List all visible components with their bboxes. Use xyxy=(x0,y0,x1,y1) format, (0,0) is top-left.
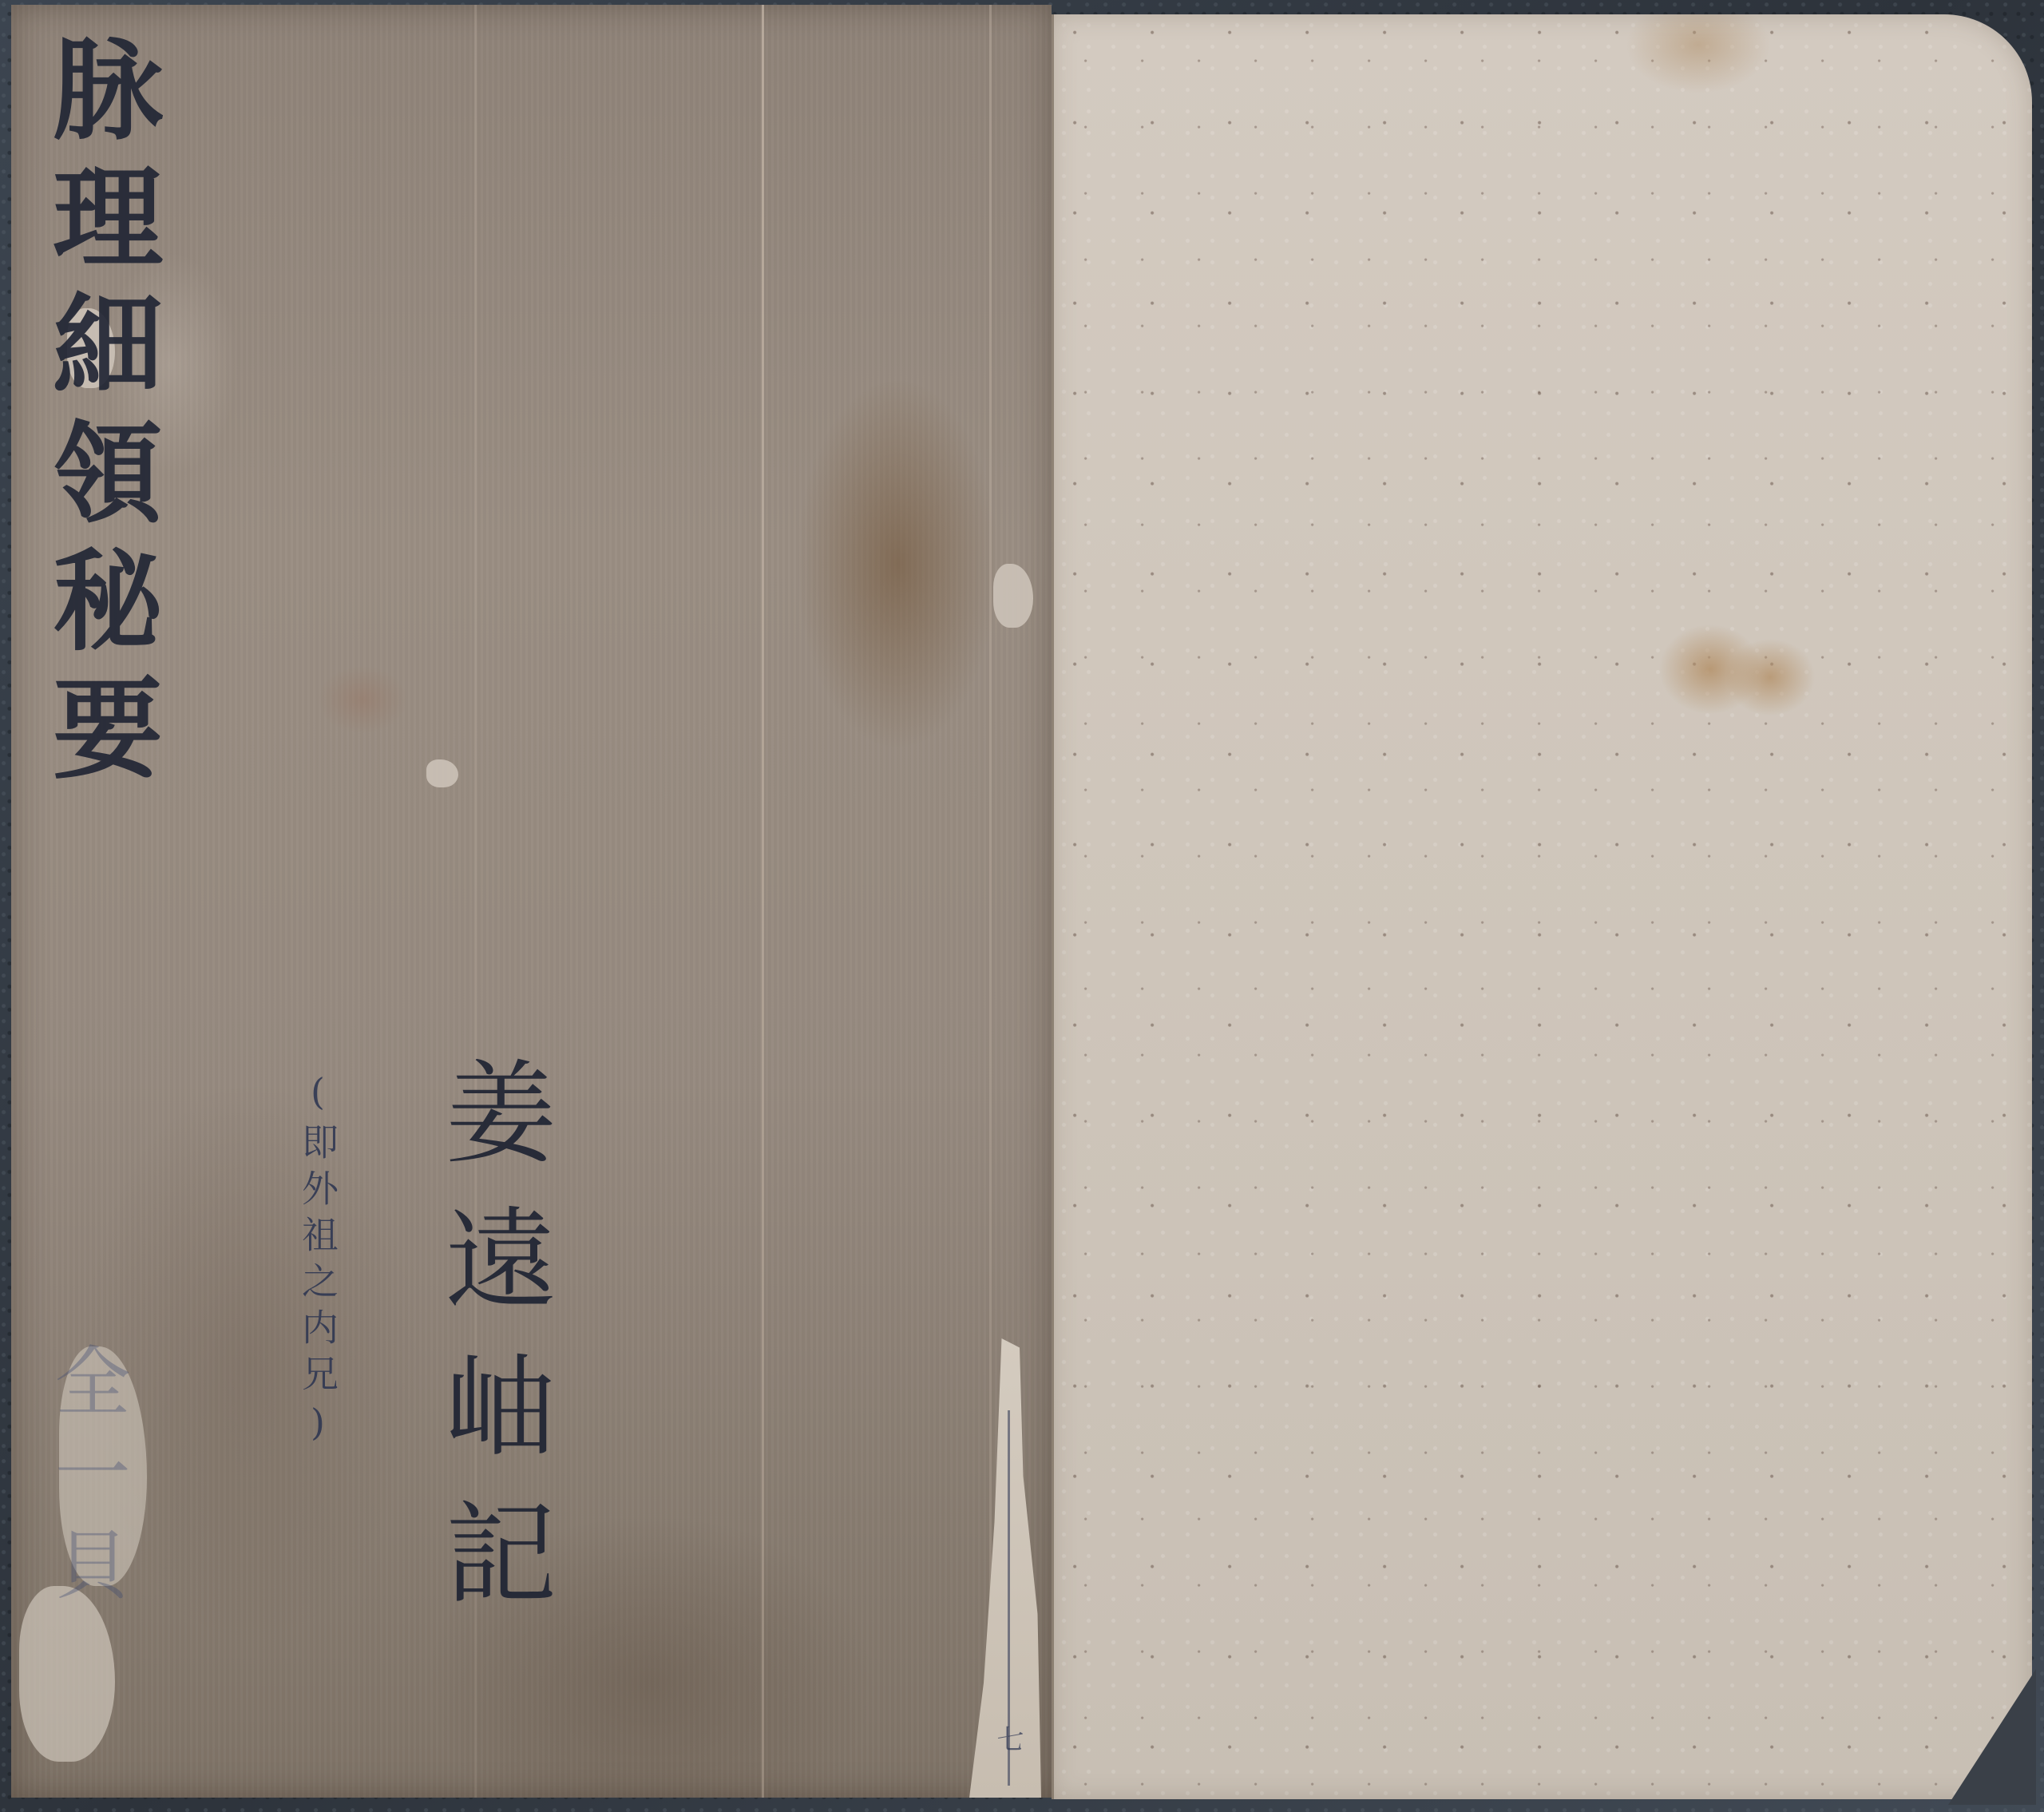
spine-mark: 七 xyxy=(988,1725,1028,1752)
faded-volume-label: 全一貝 xyxy=(48,1342,124,1617)
author-signature: 姜遠岫記 xyxy=(435,1054,547,1642)
flyleaf-page xyxy=(1052,14,2032,1799)
worn-patch xyxy=(426,759,458,787)
crease-line xyxy=(762,5,764,1798)
author-note: (即外祖之内兄) xyxy=(299,1070,336,1453)
book-title: 脉理細領秘要 xyxy=(44,32,154,799)
worn-patch xyxy=(993,564,1033,628)
crease-line xyxy=(989,5,992,1798)
page-edge xyxy=(1052,14,1054,1799)
